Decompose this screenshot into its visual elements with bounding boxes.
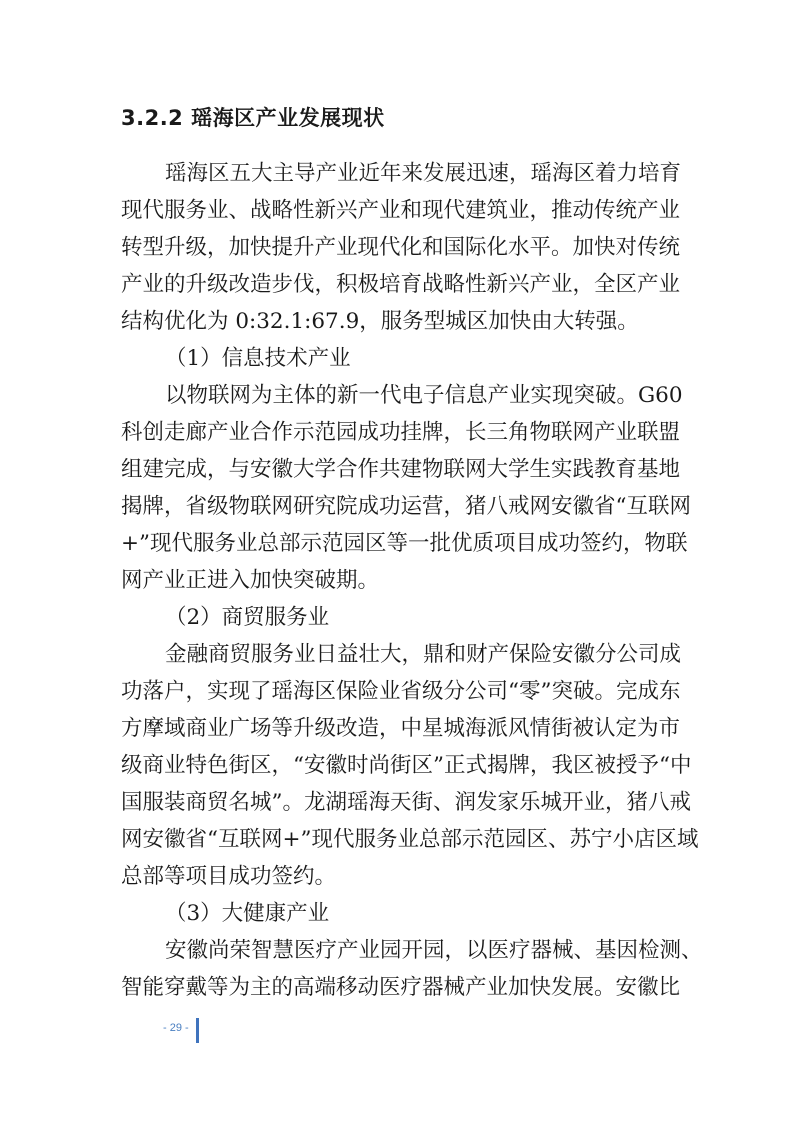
paragraph-line: 金融商贸服务业日益壮大，鼎和财产保险安徽分公司成	[165, 640, 673, 670]
page-number: - 29 -	[163, 1022, 189, 1034]
paragraph-line: 级商业特色街区，“安徽时尚街区”正式揭牌，我区被授予“中	[121, 751, 673, 781]
paragraph-line: +”现代服务业总部示范园区等一批优质项目成功签约，物联	[121, 529, 673, 559]
paragraph-line: 以物联网为主体的新一代电子信息产业实现突破。G60	[165, 381, 673, 411]
paragraph-line: 安徽尚荣智慧医疗产业园开园，以医疗器械、基因检测、	[165, 936, 673, 966]
paragraph-line: 组建完成，与安徽大学合作共建物联网大学生实践教育基地	[121, 455, 673, 485]
footer-accent-bar	[196, 1018, 199, 1043]
paragraph-line: 方摩域商业广场等升级改造，中星城海派风情街被认定为市	[121, 714, 673, 744]
paragraph-line: 瑶海区五大主导产业近年来发展迅速，瑶海区着力培育	[165, 159, 673, 189]
paragraph-line: 转型升级，加快提升产业现代化和国际化水平。加快对传统	[121, 233, 673, 263]
paragraph-line: 科创走廊产业合作示范园成功挂牌，长三角物联网产业联盟	[121, 418, 673, 448]
document-page: 3.2.2 瑶海区产业发展现状 瑶海区五大主导产业近年来发展迅速，瑶海区着力培育…	[0, 0, 793, 1122]
paragraph-line: 总部等项目成功签约。	[121, 862, 673, 892]
paragraph-line: 产业的升级改造步伐，积极培育战略性新兴产业，全区产业	[121, 270, 673, 300]
subsection-title-health: （3）大健康产业	[165, 899, 329, 929]
subsection-title-commerce: （2）商贸服务业	[165, 603, 329, 633]
paragraph-line: 功落户，实现了瑶海区保险业省级分公司“零”突破。完成东	[121, 677, 673, 707]
paragraph-line: 网安徽省“互联网+”现代服务业总部示范园区、苏宁小店区域	[121, 825, 673, 855]
paragraph-line: 揭牌，省级物联网研究院成功运营，猪八戒网安徽省“互联网	[121, 492, 673, 522]
paragraph-line: 国服装商贸名城”。龙湖瑶海天街、润发家乐城开业，猪八戒	[121, 788, 673, 818]
section-heading: 3.2.2 瑶海区产业发展现状	[121, 104, 385, 132]
paragraph-line: 结构优化为 0:32.1:67.9，服务型城区加快由大转强。	[121, 307, 673, 337]
paragraph-line: 现代服务业、战略性新兴产业和现代建筑业，推动传统产业	[121, 196, 673, 226]
paragraph-line: 网产业正进入加快突破期。	[121, 566, 673, 596]
paragraph-line: 智能穿戴等为主的高端移动医疗器械产业加快发展。安徽比	[121, 973, 673, 1003]
subsection-title-info-tech: （1）信息技术产业	[165, 344, 351, 374]
